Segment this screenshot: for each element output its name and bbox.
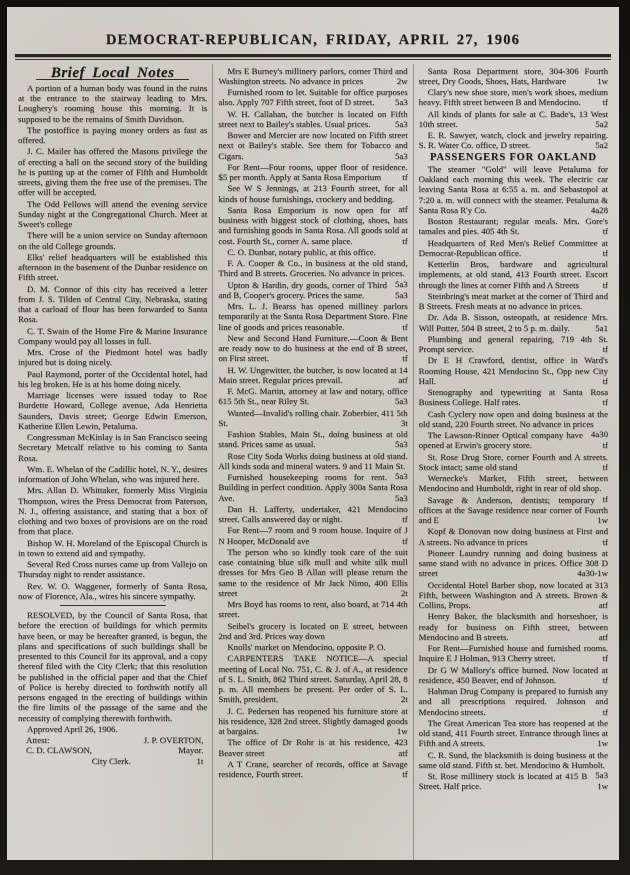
news-item: Bower and Mercier are now located on Fif…: [218, 130, 407, 161]
signature-row: C. D. CLAWSON,Mayor.: [18, 745, 207, 755]
news-item-text: Dr. Ada B. Sisson, osteopath, at residen…: [419, 312, 608, 332]
news-item-text: A T Crane, searcher of records, office a…: [218, 759, 407, 779]
news-item-tag: 5a3: [395, 119, 408, 129]
news-item-tag: 5a3: [395, 290, 408, 300]
news-item-text: Furnished housekeeping rooms for rent. B…: [218, 472, 407, 503]
news-item-text: Furnished room to let. Suitable for offi…: [218, 87, 407, 107]
news-item: The Lawson-Rinner Optical company have o…: [419, 430, 608, 451]
news-item: F. McG. Martin, attorney at law and nota…: [218, 386, 407, 407]
news-item-text: The steamer "Gold" will leave Petaluma f…: [419, 164, 608, 215]
news-item-tag: 5a3: [395, 493, 408, 503]
news-item-text: Plumbing and general repairing, 719 4th …: [419, 334, 608, 354]
news-item-text: Santa Rosa Department store, 304-306 Fou…: [419, 66, 608, 86]
news-item-text: The Lawson-Rinner Optical company have o…: [419, 430, 583, 450]
news-item-text: Elks' relief headquarters will be establ…: [18, 252, 207, 283]
news-item-tag: 5a3: [395, 471, 408, 481]
news-item-text: J. C. Pedersen has reopened his furnitur…: [218, 706, 407, 737]
news-item-text: Fashion Stables, Main St., doing busines…: [218, 429, 407, 449]
news-item: Congressman McKinlay is in San Francisco…: [18, 432, 207, 463]
news-item: Headquarters of Red Men's Relief Committ…: [419, 238, 608, 259]
news-item-tag: 5a2: [595, 140, 608, 150]
news-item: D. M. Connor of this city has received a…: [18, 284, 207, 325]
news-item-text: Headquarters of Red Men's Relief Committ…: [419, 238, 608, 258]
news-item-text: Marriage licenses were issued today to R…: [18, 390, 207, 431]
news-item: St. Rose millinery stock is located at 4…: [419, 771, 608, 792]
news-item: Upton & Hardin, dry goods, corner of Thi…: [218, 280, 407, 301]
columns-container: Brief Local Notes A portion of a human b…: [13, 64, 613, 861]
news-item-text: C. R. Sund, the blacksmith is doing busi…: [419, 750, 608, 770]
news-item-tag: 4a30: [591, 429, 608, 439]
news-item-text: RESOLVED, by the Council of Santa Rosa, …: [18, 610, 207, 723]
news-item: Knolls' market on Mendocino, opposite P.…: [218, 642, 407, 652]
news-item-text: Boston Restaurant; regular meals. Mrs. G…: [419, 216, 608, 236]
news-item: Boston Restaurant; regular meals. Mrs. G…: [419, 216, 608, 237]
news-item-tag: tf: [603, 226, 608, 236]
news-item-tag: tf: [603, 675, 608, 685]
news-item-text: Steinbring's meat market at the corner o…: [419, 291, 608, 311]
news-item-text: C. T. Swain of the Home Fire & Marine In…: [18, 326, 207, 346]
news-item: Marriage licenses were issued today to R…: [18, 390, 207, 431]
news-item-text: The office of Dr Rohr is at his residenc…: [218, 737, 407, 757]
news-item-tag: tf: [603, 494, 608, 504]
news-item-tag: tf: [603, 97, 608, 107]
news-item: Fashion Stables, Main St., doing busines…: [218, 429, 407, 450]
news-item: For Rent—Four rooms, upper floor of resi…: [218, 162, 407, 183]
news-item: Mrs. L. J. Bearss has opened milliney pa…: [218, 301, 407, 332]
news-item-text: J. C. Mailer has offered the Masons priv…: [18, 146, 207, 197]
news-item-text: Seibel's grocery is located on E street,…: [218, 621, 407, 641]
masthead-rule-thick: [15, 54, 611, 57]
news-item-tag: 5a3: [395, 439, 408, 449]
news-item-tag: tf: [402, 514, 407, 524]
section-heading: PASSENGERS FOR OAKLAND: [419, 153, 608, 163]
news-item-tag: atf: [398, 375, 407, 385]
news-item: Mrs Boyd has rooms to rent, also board, …: [218, 599, 407, 620]
news-item: See W S Jennings, at 213 Fourth street, …: [218, 183, 407, 204]
news-item: RESOLVED, by the Council of Santa Rosa, …: [18, 610, 207, 723]
news-item: St. Rose Drug Store, corner Fourth and A…: [419, 452, 608, 473]
news-item-tag: tf: [402, 769, 407, 779]
signature-text: City Clerk.: [26, 756, 196, 766]
news-item-text: Savage & Anderson, dentists; temporary o…: [419, 495, 608, 526]
news-item-text: Dan H. Lafferty, undertaker, 421 Mendoci…: [218, 504, 407, 524]
news-item-tag: tf: [603, 537, 608, 547]
news-item: J. C. Pedersen has reopened his furnitur…: [218, 706, 407, 737]
page-frame: DEMOCRAT-REPUBLICAN, FRIDAY, APRIL 27, 1…: [0, 0, 630, 875]
news-item-text: Mrs. L. J. Bearss has opened milliney pa…: [218, 301, 407, 332]
news-item-text: Dr G W Mallory's office burned. Now loca…: [419, 665, 608, 685]
news-item-text: Henry Baker, the blacksmith and horsesho…: [419, 611, 608, 642]
news-item: Rose City Soda Works doing business at o…: [218, 451, 407, 472]
news-column: Santa Rosa Department store, 304-306 Fou…: [413, 64, 613, 861]
news-item-tag: 5a1: [595, 323, 608, 333]
news-item-text: For Rent—Four rooms, upper floor of resi…: [218, 162, 407, 182]
news-item: Paul Raymond, porter of the Occidental h…: [18, 369, 207, 390]
signature-text: 1t: [196, 756, 203, 766]
news-item-text: Knolls' market on Mendocino, opposite P.…: [227, 642, 385, 652]
column-items: A portion of a human body was found in t…: [18, 83, 207, 766]
news-item-text: H. W. Ungewitter, the butcher, is now lo…: [218, 365, 407, 385]
news-item: Cash Cyclery now open and doing business…: [419, 409, 608, 430]
news-item: W. H. Callahan, the butcher is located o…: [218, 109, 407, 130]
news-item-text: The postoffice is paying money orders as…: [18, 125, 207, 145]
news-item-tag: 5a3: [395, 396, 408, 406]
news-item-text: A portion of a human body was found in t…: [18, 83, 207, 124]
news-item-tag: 2t: [401, 588, 408, 598]
signature-row: Attest:J. P. OVERTON,: [18, 735, 207, 745]
news-item-tag: tf: [402, 353, 407, 363]
news-item-text: Kopf & Donovan now doing business at Fir…: [419, 526, 608, 546]
news-item-text: F. McG. Martin, attorney at law and nota…: [218, 386, 407, 406]
news-item: Dr E H Crawford, dentist, office in Ward…: [419, 355, 608, 386]
news-item-tag: 1w: [597, 515, 608, 525]
news-item-tag: tf: [402, 236, 407, 246]
news-item: Pioneer Laundry running and doing busine…: [419, 548, 608, 579]
news-item-text: The Odd Fellows will attend the evening …: [18, 199, 207, 230]
news-item-text: CARPENTERS TAKE NOTICE—A special meeting…: [218, 653, 407, 704]
news-item: Wanted—Invalid's rolling chair. Zoberbie…: [218, 408, 407, 429]
news-item: J. C. Mailer has offered the Masons priv…: [18, 146, 207, 197]
news-item-tag: 5a3: [595, 770, 608, 780]
news-item-tag: 4a28: [591, 205, 608, 215]
news-item: Mrs. Crose of the Piedmont hotel was bad…: [18, 347, 207, 368]
column-items: Mrs E Burney's millinery parlors, corner…: [218, 66, 407, 780]
news-item: Wm. E. Whelan of the Cadillic hotel, N. …: [18, 464, 207, 485]
news-item: H. W. Ungewitter, the butcher, is now lo…: [218, 365, 407, 386]
news-item: For Rent—7 room and 9 room house. Inquir…: [218, 525, 407, 546]
news-item-text: Clary's new shoe store, men's work shoes…: [419, 87, 608, 107]
news-item: F. A. Cooper & Co., in business at the o…: [218, 258, 407, 279]
news-item: Ketterlin Bros, hardware and agricultura…: [419, 259, 608, 290]
news-item-tag: tf: [603, 462, 608, 472]
news-item-text: W. H. Callahan, the butcher is located o…: [218, 109, 407, 129]
news-item-text: Hahman Drug Company is prepared to furni…: [419, 686, 608, 717]
news-item-tag: 1w: [597, 76, 608, 86]
news-item-text: Congressman McKinlay is in San Francisco…: [18, 432, 207, 463]
news-item: For Rent—Furnished house and furnished r…: [419, 643, 608, 664]
news-item: C. O. Dunbar, notary public, at this off…: [218, 247, 407, 257]
masthead-title: DEMOCRAT-REPUBLICAN, FRIDAY, APRIL 27, 1…: [106, 32, 520, 48]
news-item: There will be a union service on Sunday …: [18, 230, 207, 251]
news-item-tag: tf: [603, 280, 608, 290]
news-item: The postoffice is paying money orders as…: [18, 125, 207, 146]
news-item: Dr. Ada B. Sisson, osteopath, at residen…: [419, 312, 608, 333]
news-item-tag: tf: [603, 376, 608, 386]
news-item-text: Rose City Soda Works doing business at o…: [218, 451, 407, 471]
news-item-tag: tf: [603, 707, 608, 717]
news-item-text: Occidental Hotel Barber shop, now locate…: [419, 580, 608, 611]
news-item-text: Bishop W. H. Moreland of the Episcopal C…: [18, 538, 207, 558]
news-item: Wernecke's Market, Fifth street, between…: [419, 473, 608, 494]
news-item: C. R. Sund, the blacksmith is doing busi…: [419, 750, 608, 771]
news-item-tag: 5a2: [595, 119, 608, 129]
signature-row: City Clerk.1t: [18, 756, 207, 766]
news-item: Henry Baker, the blacksmith and horsesho…: [419, 611, 608, 642]
news-item: All kinds of plants for sale at C. Bade'…: [419, 109, 608, 130]
news-item-text: Mrs. Crose of the Piedmont hotel was bad…: [18, 347, 207, 367]
news-item-text: Dr E H Crawford, dentist, office in Ward…: [419, 355, 608, 386]
news-item: Stenography and typewriting at Santa Ros…: [419, 387, 608, 408]
masthead: DEMOCRAT-REPUBLICAN, FRIDAY, APRIL 27, 1…: [13, 7, 613, 51]
news-item-tag: tf: [603, 653, 608, 663]
newspaper-page: DEMOCRAT-REPUBLICAN, FRIDAY, APRIL 27, 1…: [7, 7, 619, 860]
news-item-text: The Great American Tea store has reopene…: [419, 718, 608, 749]
news-column: Brief Local Notes A portion of a human b…: [13, 64, 212, 861]
news-item-text: Wernecke's Market, Fifth street, between…: [419, 473, 608, 493]
news-item-text: Several Red Cross nurses came up from Va…: [18, 559, 207, 579]
news-item-tag: 4a30-1w: [577, 568, 608, 578]
news-item-tag: atf: [398, 204, 407, 214]
news-item: Steinbring's meat market at the corner o…: [419, 291, 608, 312]
news-item-tag: 1w: [397, 726, 408, 736]
news-item-tag: tf: [603, 440, 608, 450]
news-item-text: For Rent—7 room and 9 room house. Inquir…: [218, 525, 407, 545]
news-item: Approved April 26, 1906.: [18, 724, 207, 734]
news-item-text: New and Second Hand Furniture.—Coon & Be…: [218, 333, 407, 364]
news-item-tag: 2w: [397, 76, 408, 86]
news-item: Seibel's grocery is located on E street,…: [218, 621, 407, 642]
signature-text: Mayor.: [178, 745, 203, 755]
news-item-tag: tf: [603, 248, 608, 258]
news-item: Hahman Drug Company is prepared to furni…: [419, 686, 608, 717]
news-item: Clary's new shoe store, men's work shoes…: [419, 87, 608, 108]
news-item-text: Ketterlin Bros, hardware and agricultura…: [419, 259, 608, 290]
news-item-text: Cash Cyclery now open and doing business…: [419, 409, 608, 429]
masthead-rule-thin: [15, 59, 611, 60]
news-item-text: Wm. E. Whelan of the Cadillic hotel, N. …: [18, 464, 207, 484]
news-item: Plumbing and general repairing, 719 4th …: [419, 334, 608, 355]
news-item: The Odd Fellows will attend the evening …: [18, 199, 207, 230]
news-item-tag: 5a3: [395, 279, 408, 289]
news-item-text: Approved April 26, 1906.: [27, 724, 118, 734]
news-item-text: C. O. Dunbar, notary public, at this off…: [227, 247, 376, 257]
news-item: A portion of a human body was found in t…: [18, 83, 207, 124]
news-item-tag: 1w: [597, 781, 608, 791]
news-item-tag: 3t: [401, 418, 408, 428]
news-item: Dr G W Mallory's office burned. Now loca…: [419, 665, 608, 686]
news-item-text: Paul Raymond, porter of the Occidental h…: [18, 369, 207, 389]
news-item: The person who so kindly took care of th…: [218, 547, 407, 598]
section-divider: [60, 605, 166, 606]
news-item-text: St. Rose Drug Store, corner Fourth and A…: [419, 452, 608, 472]
news-item-text: E. R. Sawyer, watch, clock and jewelry r…: [419, 130, 608, 150]
news-item-text: D. M. Connor of this city has received a…: [18, 284, 207, 325]
news-item-text: Stenography and typewriting at Santa Ros…: [419, 387, 608, 407]
news-item-tag: 2t: [401, 694, 408, 704]
news-item-text: Mrs. Allan D. Whittaker, formerly Miss V…: [18, 485, 207, 536]
news-item-text: See W S Jennings, at 213 Fourth street, …: [218, 183, 407, 203]
news-item-text: All kinds of plants for sale at C. Bade'…: [419, 109, 608, 129]
news-item-text: Wanted—Invalid's rolling chair. Zoberbie…: [218, 408, 407, 428]
news-item-text: Santa Rosa Emporium is now open for busi…: [218, 205, 407, 246]
news-item-tag: 1w: [597, 738, 608, 748]
news-item-tag: tf: [603, 397, 608, 407]
news-item: New and Second Hand Furniture.—Coon & Be…: [218, 333, 407, 364]
news-item: Santa Rosa Department store, 304-306 Fou…: [419, 66, 608, 87]
news-item: Mrs. Allan D. Whittaker, formerly Miss V…: [18, 485, 207, 536]
news-item-text: F. A. Cooper & Co., in business at the o…: [218, 258, 407, 278]
news-item-tag: tf: [402, 536, 407, 546]
news-item: Kopf & Donovan now doing business at Fir…: [419, 526, 608, 547]
news-item: Bishop W. H. Moreland of the Episcopal C…: [18, 538, 207, 559]
news-item-text: Bower and Mercier are now located on Fif…: [218, 130, 407, 161]
news-item: Dan H. Lafferty, undertaker, 421 Mendoci…: [218, 504, 407, 525]
news-item: CARPENTERS TAKE NOTICE—A special meeting…: [218, 653, 407, 704]
news-item-text: Upton & Hardin, dry goods, corner of Thi…: [218, 280, 387, 300]
news-item-text: For Rent—Furnished house and furnished r…: [419, 643, 608, 663]
news-column: Mrs E Burney's millinery parlors, corner…: [212, 64, 412, 861]
column-items: Santa Rosa Department store, 304-306 Fou…: [419, 66, 608, 792]
news-item-tag: tf: [603, 344, 608, 354]
news-item: Furnished housekeeping rooms for rent. B…: [218, 472, 407, 503]
news-item-text: Rev. W. O. Waggener, formerly of Santa R…: [18, 581, 207, 601]
news-item-text: Mrs E Burney's millinery parlors, corner…: [218, 66, 407, 86]
news-item-text: The person who so kindly took care of th…: [218, 547, 407, 598]
news-item-tag: tf: [402, 322, 407, 332]
news-item-text: There will be a union service on Sunday …: [18, 230, 207, 250]
news-item: Occidental Hotel Barber shop, now locate…: [419, 580, 608, 611]
news-item-tag: atf: [599, 632, 608, 642]
news-item: Santa Rosa Emporium is now open for busi…: [218, 205, 407, 246]
news-item-tag: 5a3: [395, 97, 408, 107]
news-item-tag: tf: [402, 172, 407, 182]
news-item-tag: 5a3: [395, 151, 408, 161]
news-item-tag: atf: [599, 600, 608, 610]
news-item: The Great American Tea store has reopene…: [419, 718, 608, 749]
news-item: Rev. W. O. Waggener, formerly of Santa R…: [18, 581, 207, 602]
signature-text: C. D. CLAWSON,: [26, 745, 92, 755]
news-item: The office of Dr Rohr is at his residenc…: [218, 737, 407, 758]
news-item: The steamer "Gold" will leave Petaluma f…: [419, 164, 608, 215]
news-item-text: Mrs Boyd has rooms to rent, also board, …: [218, 599, 407, 619]
news-item: C. T. Swain of the Home Fire & Marine In…: [18, 326, 207, 347]
news-item: Elks' relief headquarters will be establ…: [18, 252, 207, 283]
news-item: Mrs E Burney's millinery parlors, corner…: [218, 66, 407, 87]
news-item-tag: atf: [398, 748, 407, 758]
news-item: Savage & Anderson, dentists; temporary o…: [419, 495, 608, 526]
news-item: E. R. Sawyer, watch, clock and jewelry r…: [419, 130, 608, 151]
news-item-text: St. Rose millinery stock is located at 4…: [419, 771, 588, 791]
signature-text: Attest:: [26, 735, 49, 745]
news-item: Furnished room to let. Suitable for offi…: [218, 87, 407, 108]
signature-text: J. P. OVERTON,: [144, 735, 204, 745]
news-item: Several Red Cross nurses came up from Va…: [18, 559, 207, 580]
news-item: A T Crane, searcher of records, office a…: [218, 759, 407, 780]
column-heading-brief-local-notes: Brief Local Notes: [36, 68, 189, 80]
